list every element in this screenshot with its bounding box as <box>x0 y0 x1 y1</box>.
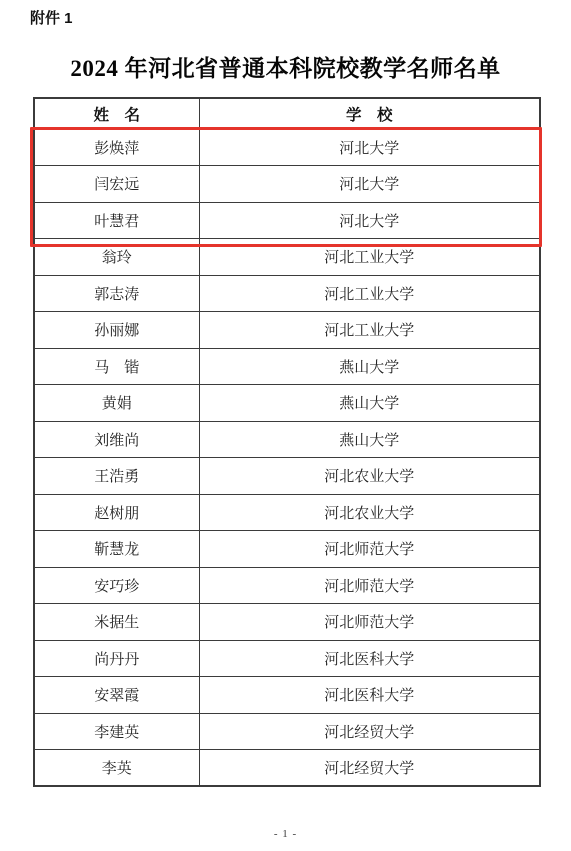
school-cell: 燕山大学 <box>199 348 540 385</box>
table-row: 彭焕萍 河北大学 <box>34 129 540 166</box>
table-row: 刘维尚 燕山大学 <box>34 421 540 458</box>
name-cell: 闫宏远 <box>34 166 199 203</box>
document-page: 附件 1 2024 年河北省普通本科院校教学名师名单 姓 名 学 校 彭焕萍 河… <box>0 0 571 851</box>
school-cell: 燕山大学 <box>199 385 540 422</box>
school-cell: 河北医科大学 <box>199 640 540 677</box>
name-cell: 刘维尚 <box>34 421 199 458</box>
school-cell: 河北大学 <box>199 129 540 166</box>
name-cell: 赵树朋 <box>34 494 199 531</box>
name-cell: 靳慧龙 <box>34 531 199 568</box>
table-row: 王浩勇 河北农业大学 <box>34 458 540 495</box>
table-row: 安翠霞 河北医科大学 <box>34 677 540 714</box>
name-cell: 李建英 <box>34 713 199 750</box>
footer-page-number: - 1 - <box>0 828 571 840</box>
school-cell: 河北医科大学 <box>199 677 540 714</box>
school-cell: 燕山大学 <box>199 421 540 458</box>
teachers-table: 姓 名 学 校 彭焕萍 河北大学 闫宏远 河北大学 叶慧君 河北大学 翁玲 河北… <box>33 97 541 787</box>
table-row: 安巧珍 河北师范大学 <box>34 567 540 604</box>
school-cell: 河北农业大学 <box>199 458 540 495</box>
name-cell: 翁玲 <box>34 239 199 276</box>
school-cell: 河北农业大学 <box>199 494 540 531</box>
table-row: 郭志涛 河北工业大学 <box>34 275 540 312</box>
name-cell: 米据生 <box>34 604 199 641</box>
table-header-row: 姓 名 学 校 <box>34 98 540 129</box>
name-cell: 安巧珍 <box>34 567 199 604</box>
school-cell: 河北师范大学 <box>199 531 540 568</box>
school-cell: 河北师范大学 <box>199 567 540 604</box>
name-cell: 马 锴 <box>34 348 199 385</box>
school-cell: 河北工业大学 <box>199 312 540 349</box>
school-cell: 河北工业大学 <box>199 239 540 276</box>
name-cell: 郭志涛 <box>34 275 199 312</box>
table-row: 靳慧龙 河北师范大学 <box>34 531 540 568</box>
name-cell: 安翠霞 <box>34 677 199 714</box>
school-column-header: 学 校 <box>199 98 540 129</box>
name-cell: 王浩勇 <box>34 458 199 495</box>
name-cell: 尚丹丹 <box>34 640 199 677</box>
table-row: 马 锴 燕山大学 <box>34 348 540 385</box>
name-cell: 李英 <box>34 750 199 787</box>
table-row: 闫宏远 河北大学 <box>34 166 540 203</box>
name-column-header: 姓 名 <box>34 98 199 129</box>
name-cell: 彭焕萍 <box>34 129 199 166</box>
table-row: 黄娟 燕山大学 <box>34 385 540 422</box>
school-cell: 河北工业大学 <box>199 275 540 312</box>
school-cell: 河北大学 <box>199 166 540 203</box>
school-cell: 河北师范大学 <box>199 604 540 641</box>
table-row: 李建英 河北经贸大学 <box>34 713 540 750</box>
table-row: 米据生 河北师范大学 <box>34 604 540 641</box>
table-row: 翁玲 河北工业大学 <box>34 239 540 276</box>
school-cell: 河北大学 <box>199 202 540 239</box>
school-cell: 河北经贸大学 <box>199 750 540 787</box>
table-row: 孙丽娜 河北工业大学 <box>34 312 540 349</box>
table-row: 李英 河北经贸大学 <box>34 750 540 787</box>
name-cell: 叶慧君 <box>34 202 199 239</box>
table-row: 尚丹丹 河北医科大学 <box>34 640 540 677</box>
name-cell: 黄娟 <box>34 385 199 422</box>
table-row: 叶慧君 河北大学 <box>34 202 540 239</box>
attachment-label: 附件 1 <box>30 7 73 28</box>
name-cell: 孙丽娜 <box>34 312 199 349</box>
school-cell: 河北经贸大学 <box>199 713 540 750</box>
table-row: 赵树朋 河北农业大学 <box>34 494 540 531</box>
page-title: 2024 年河北省普通本科院校教学名师名单 <box>0 50 571 83</box>
